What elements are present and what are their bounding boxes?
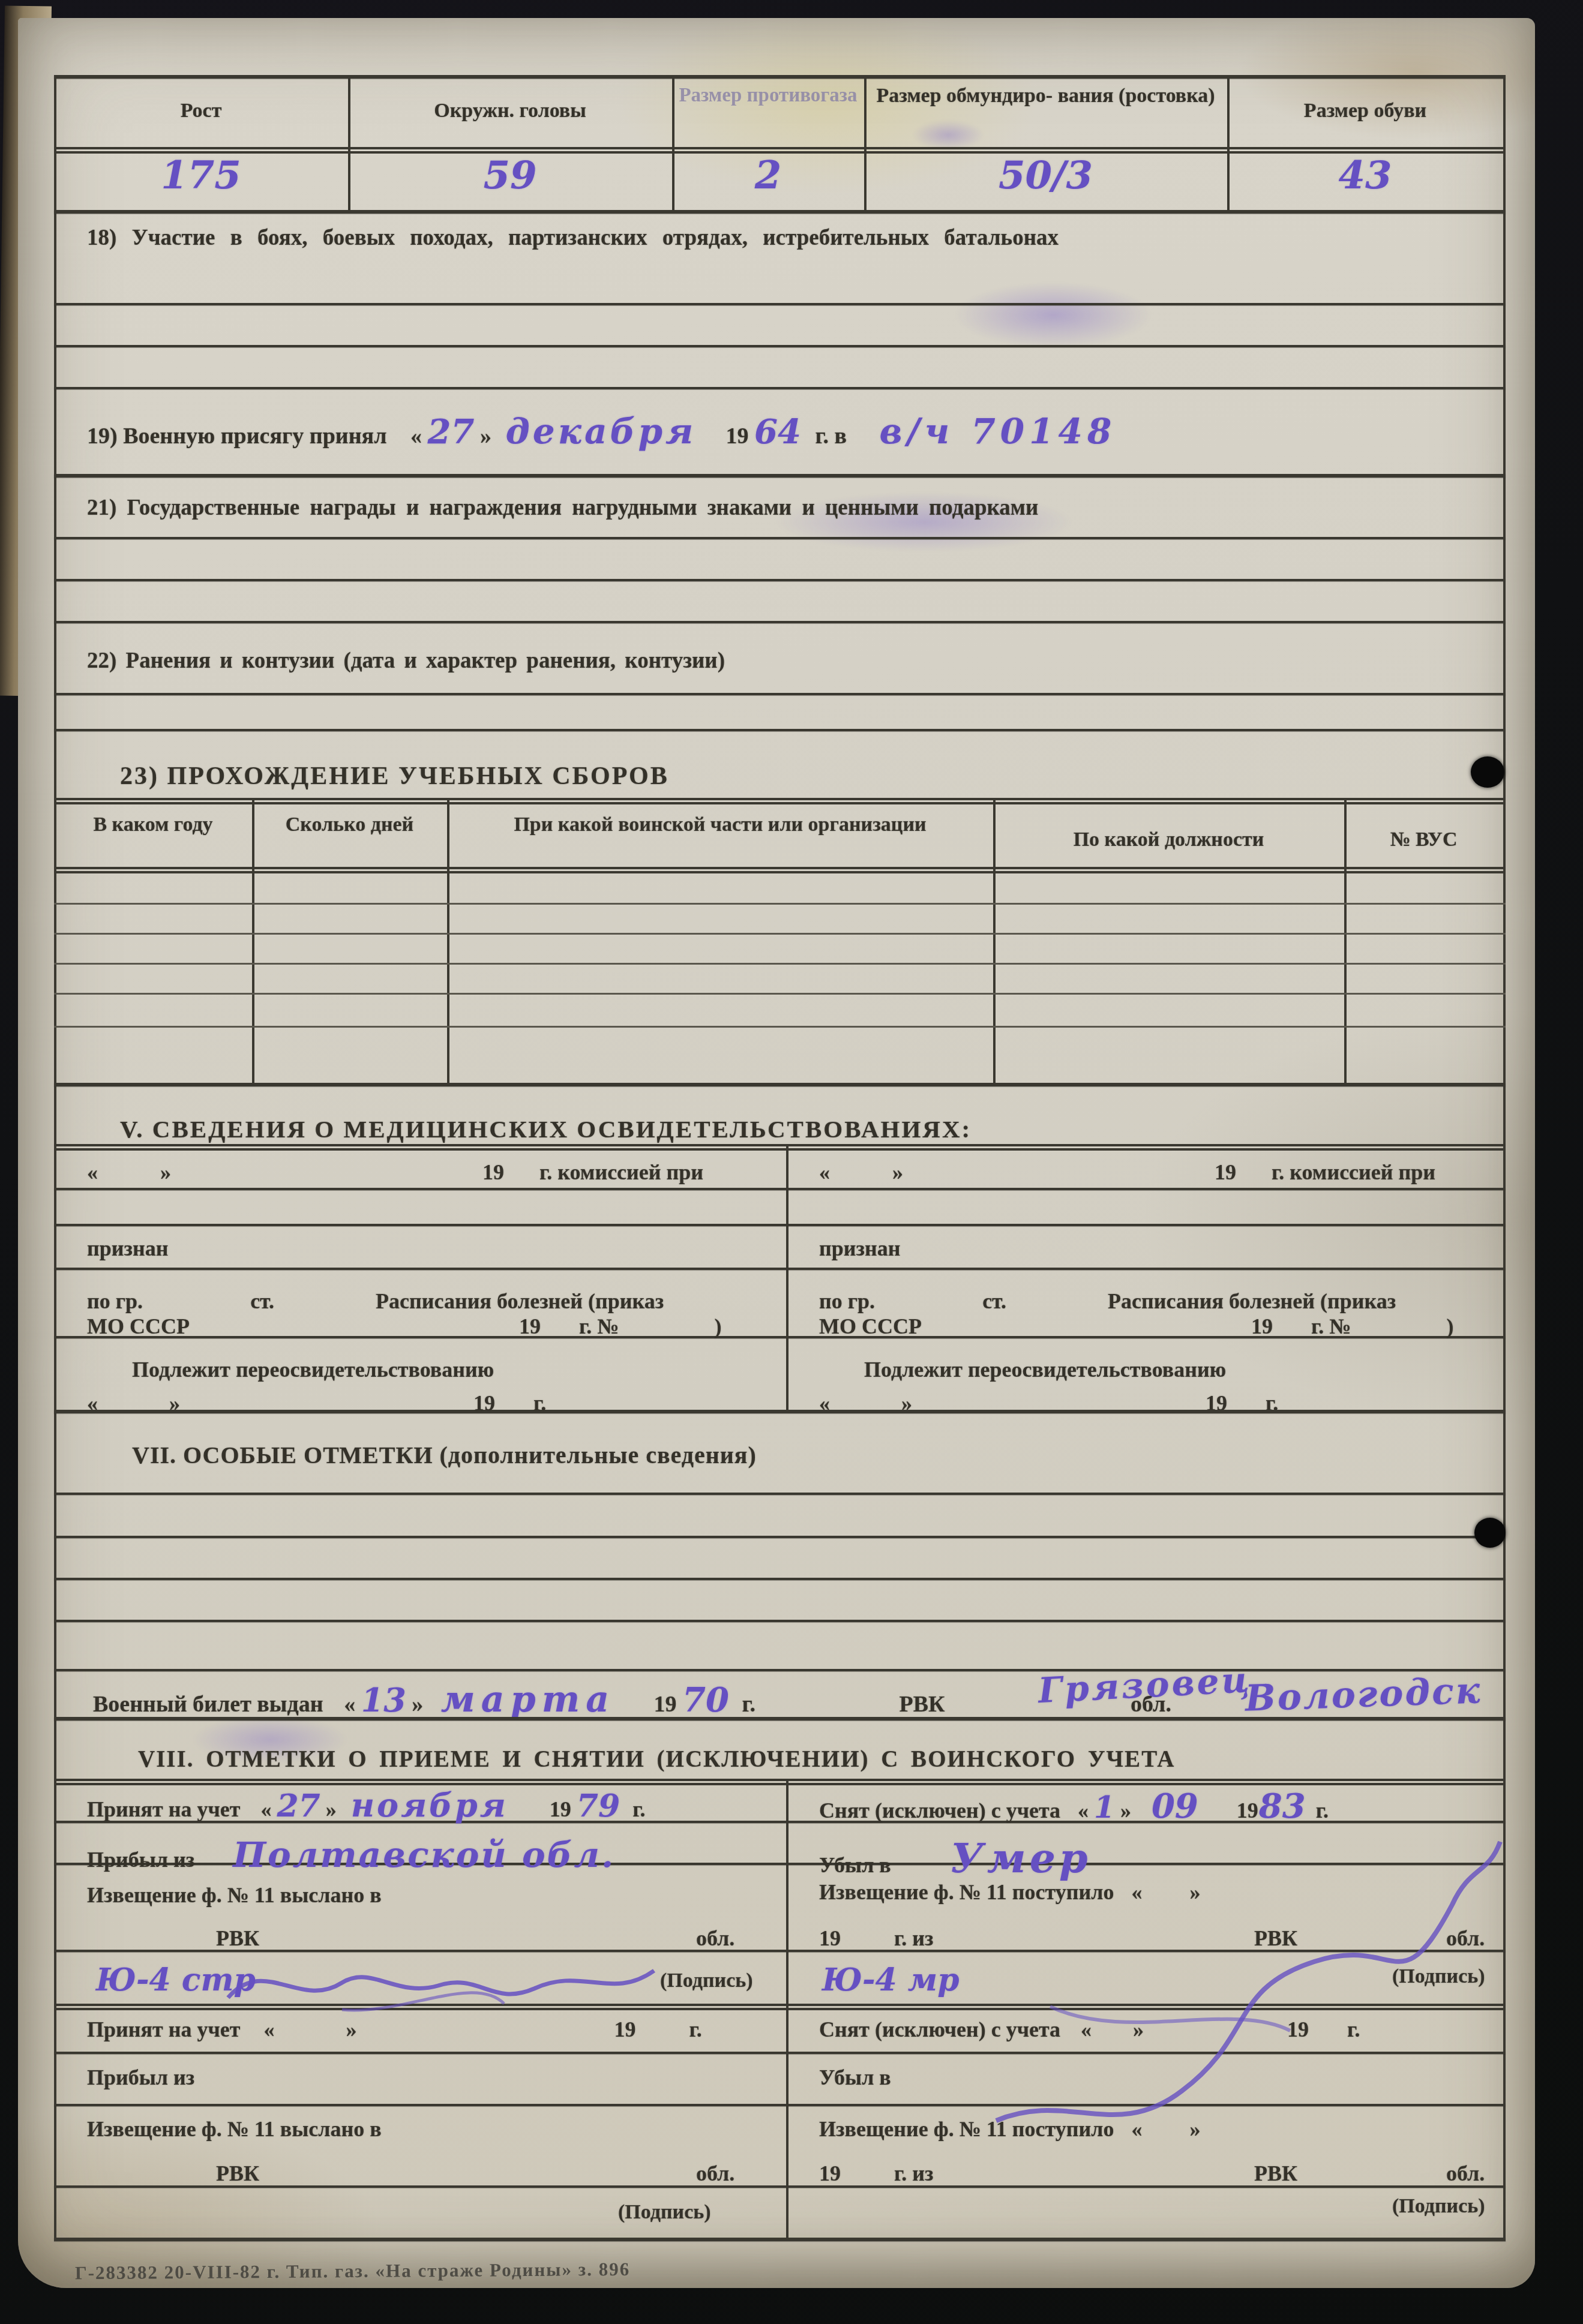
podpis-label: (Подпись) [1392, 2194, 1485, 2218]
reg2-ubyl-label: Убыл в [819, 2065, 891, 2090]
blank-line [54, 693, 1506, 695]
header-gasmask-size: Размер противогаза [675, 84, 861, 107]
podpis-label: (Подпись) [1392, 1965, 1485, 1989]
mo-label: МО СССР [819, 1314, 922, 1338]
section-22-title: 22) Ранения и контузии (дата и характер … [87, 648, 725, 674]
g-print: г. [1347, 2017, 1360, 2041]
quote-open: « [263, 2017, 274, 2041]
med-right-column: « » 19 г. комиссией при признан по гр. с… [789, 1144, 1502, 1410]
quote-close: » [901, 1391, 912, 1410]
izv-recv-label: Извещение ф. № 11 поступило [819, 2117, 1114, 2141]
med-priznan-label: признан [87, 1236, 168, 1261]
issued-region-handwritten: Вологодск [1245, 1670, 1482, 1720]
blank-line [54, 345, 1506, 347]
year-print: 19 [819, 2161, 841, 2186]
reg2-snyat-line: Снят (исключен) с учета « » 19 г. [819, 2017, 1360, 2042]
obl-label: обл. [696, 1926, 734, 1951]
oath-unit-handwritten: в/ч 70148 [880, 411, 1117, 452]
prinyat-label: Принят на учет [87, 2017, 240, 2041]
value-head-circumference: 59 [348, 153, 672, 198]
quote-close: » [1133, 2017, 1144, 2041]
g-print: г. [742, 1692, 755, 1717]
divider [54, 537, 1506, 539]
obl-label: обл. [696, 2161, 734, 2186]
hole-punch [1471, 756, 1504, 788]
quote-close: » [480, 424, 491, 449]
obl-label: обл. [1446, 2161, 1485, 2186]
quote-close: » [412, 1692, 423, 1717]
commission-label: г. комиссией при [539, 1160, 703, 1184]
g-iz-label: г. из [894, 2161, 934, 2186]
blank-line [54, 387, 1506, 389]
table-row-line [54, 993, 1506, 995]
value-shoe-size: 43 [1227, 153, 1503, 198]
med-reexam-date: « » 19 г. [819, 1391, 1278, 1410]
divider [54, 210, 1506, 214]
table-row-line [54, 963, 1506, 965]
section-viii-title: VIII. ОТМЕТКИ О ПРИЕМЕ И СНЯТИИ (ИСКЛЮЧЕ… [138, 1746, 1175, 1773]
section-21-title: 21) Государственные награды и награждени… [87, 495, 1038, 521]
table-row-line [54, 933, 1506, 935]
divider [54, 75, 1506, 79]
divider [54, 1779, 1506, 1785]
medical-column-divider [786, 1144, 788, 1410]
year-print: 19 [473, 1391, 495, 1415]
reg1-izv-sent-label: Извещение ф. № 11 выслано в [87, 1882, 382, 1908]
med-priznan-label: признан [819, 1236, 900, 1261]
med-date-line: « » 19 г. комиссией при [87, 1160, 703, 1185]
section-19-line: 19) Военную присягу принял « 27 » декабр… [87, 411, 1116, 452]
med-article-line: по гр. ст. Расписания болезней (приказ [87, 1289, 664, 1314]
quote-open: « [260, 1797, 271, 1821]
st-label: ст. [250, 1289, 274, 1313]
page-frame-left [54, 75, 56, 2241]
g-print: г. [689, 2017, 701, 2041]
oath-month-handwritten: декабря [505, 411, 696, 452]
ink-smudge [954, 282, 1152, 348]
table-row-line [54, 903, 1506, 905]
col-days: Сколько дней [252, 813, 447, 837]
issued-year-handwritten: 70 [682, 1680, 729, 1720]
commission-label: г. комиссией при [1272, 1160, 1435, 1184]
issued-month-handwritten: марта [441, 1679, 615, 1721]
year-print: 19 [1287, 2017, 1309, 2041]
year-print: 19 [654, 1692, 677, 1717]
section-19-label: 19) Военную присягу принял [87, 424, 387, 449]
reg1-prinyat-line: Принят на учет « 27 » ноября 19 79 г. [87, 1786, 646, 1825]
med-mo-line: МО СССР 19 г. № ) [819, 1314, 1453, 1339]
reg2-prinyat-line: Принят на учет « » 19 г. [87, 2017, 702, 2042]
quote-close: » [326, 1797, 337, 1821]
issued-day-handwritten: 13 [361, 1681, 406, 1719]
st-label: ст. [982, 1289, 1006, 1313]
pribyl-label: Прибыл из [87, 1848, 194, 1872]
header-shoe-size: Размер обуви [1227, 99, 1503, 123]
podpis-label: (Подпись) [618, 2200, 711, 2224]
quote-close: » [892, 1160, 903, 1184]
snyat-label: Снят (исключен) с учета [819, 2017, 1060, 2041]
paren-close: ) [714, 1314, 721, 1338]
blank-line [54, 303, 1506, 305]
oath-day-handwritten: 27 [428, 412, 475, 452]
divider [54, 867, 1506, 873]
blank-line [54, 729, 1506, 731]
quote-open: « [819, 1391, 830, 1410]
med-reexam-date: « » 19 г. [87, 1391, 546, 1416]
quote-close: » [346, 2017, 356, 2041]
quote-close: » [169, 1391, 180, 1415]
column-divider [447, 798, 449, 1085]
reg2-izv-sent-label: Извещение ф. № 11 выслано в [87, 2116, 382, 2142]
year-print: 19 [550, 1797, 571, 1821]
divider [54, 474, 1506, 478]
year-print: 19 [1251, 1314, 1273, 1338]
blank-line [54, 1578, 1506, 1580]
reg1-pribyl-from-handwritten: Полтавской обл. [233, 1834, 615, 1875]
issued-label: Военный билет выдан [93, 1692, 323, 1717]
col-position: По какой должности [993, 828, 1344, 852]
quote-open: « [410, 424, 422, 449]
blank-line [54, 579, 1506, 581]
section-23-title: 23) ПРОХОЖДЕНИЕ УЧЕБНЫХ СБОРОВ [120, 762, 669, 792]
med-reexam-label: Подлежит переосвидетельствованию [132, 1357, 494, 1382]
quote-open: « [819, 1160, 830, 1184]
reg1-prinyat-day-handwritten: 27 [277, 1788, 320, 1824]
divider [54, 798, 1506, 804]
blank-line [54, 1620, 1506, 1622]
quote-close: » [1189, 2117, 1200, 2141]
header-height: Рост [54, 99, 348, 123]
section-vii-title: VII. ОСОБЫЕ ОТМЕТКИ (дополнительные свед… [132, 1441, 757, 1469]
podpis-label: (Подпись) [660, 1969, 753, 1993]
reg1-prinyat-year-handwritten: 79 [577, 1788, 620, 1824]
reg2-pribyl-label: Прибыл из [87, 2065, 194, 2090]
g-v-print: г. в [816, 424, 847, 449]
mo-label: МО СССР [87, 1314, 190, 1338]
g-iz-label: г. из [894, 1926, 934, 1951]
blank-line [54, 1536, 1506, 1538]
col-unit: При какой воинской части или организации [447, 813, 993, 837]
signature-scrawl [222, 1938, 678, 2022]
column-divider [252, 798, 254, 1085]
divider [54, 1717, 1506, 1721]
g-print: г. [632, 1797, 645, 1821]
section-v-title: V. СВЕДЕНИЯ О МЕДИЦИНСКИХ ОСВИДЕТЕЛЬСТВО… [120, 1115, 972, 1143]
reg1-prinyat-month-handwritten: ноября [351, 1786, 508, 1824]
year-print: 19 [519, 1314, 541, 1338]
quote-open: « [87, 1160, 98, 1184]
quote-open: « [344, 1692, 355, 1717]
header-head-circumference: Окружн. головы [348, 99, 672, 123]
med-article-line: по гр. ст. Расписания болезней (приказ [819, 1289, 1396, 1314]
reg2-izv-recv-line: Извещение ф. № 11 поступило « » [819, 2116, 1200, 2142]
col-year: В каком году [54, 813, 252, 837]
blank-line [54, 621, 1506, 623]
g-no-label: г. № [579, 1314, 619, 1338]
printers-imprint: Г-283382 20-VIII-82 г. Тип. газ. «На стр… [75, 2259, 630, 2284]
hole-punch [1474, 1518, 1506, 1548]
divider [54, 2238, 1506, 2241]
med-mo-line: МО СССР 19 г. № ) [87, 1314, 721, 1339]
value-uniform-size: 50/3 [864, 153, 1227, 198]
po-gr-label: по гр. [87, 1289, 143, 1313]
rvk-label: РВК [216, 2161, 259, 2186]
year-print: 19 [482, 1160, 504, 1184]
paren-close: ) [1446, 1314, 1453, 1338]
divider [54, 1083, 1506, 1086]
oath-year-handwritten: 64 [754, 412, 801, 452]
med-reexam-label: Подлежит переосвидетельствованию [864, 1357, 1226, 1382]
rvk-label: РВК [1254, 2161, 1297, 2186]
value-height: 175 [54, 153, 348, 198]
section-18-title: 18) Участие в боях, боевых походах, парт… [87, 225, 1059, 251]
year-print: 19 [819, 1926, 841, 1951]
g-label: г. [1266, 1391, 1278, 1410]
quote-close: » [160, 1160, 171, 1184]
military-id-document-page: Рост Окружн. головы Размер противогаза Р… [18, 18, 1535, 2288]
year-print: 19 [614, 2017, 635, 2041]
quote-open: « [1081, 2017, 1092, 2041]
raspisanie-label: Расписания болезней (приказ [376, 1289, 664, 1313]
col-vus: № ВУС [1344, 828, 1503, 852]
quote-open: « [87, 1391, 98, 1415]
ubyl-label: Убыл в [819, 1853, 891, 1877]
issued-place-handwritten: Грязовец [1037, 1659, 1252, 1712]
divider [54, 1669, 1506, 1671]
value-gasmask-size: 2 [672, 153, 864, 198]
rvk-print: РВК [899, 1692, 945, 1717]
divider [54, 1493, 1506, 1495]
g-no-label: г. № [1311, 1314, 1351, 1338]
reg1-signature-note-right: Ю-4 мр [822, 1962, 960, 1998]
year-print: 19 [1215, 1160, 1236, 1184]
issued-line: Военный билет выдан « 13 » марта 19 70 г… [93, 1679, 1171, 1721]
quote-open: « [1131, 2117, 1142, 2141]
table-row-line [54, 1026, 1506, 1028]
header-uniform-size: Размер обмундиро- вания (ростовка) [876, 84, 1215, 108]
year-print: 19 [726, 424, 749, 449]
po-gr-label: по гр. [819, 1289, 875, 1313]
prinyat-label: Принят на учет [87, 1797, 240, 1821]
reg1-pribyl-line: Прибыл из Полтавской обл. [87, 1834, 615, 1875]
raspisanie-label: Расписания болезней (приказ [1108, 1289, 1396, 1313]
g-label: г. [533, 1391, 546, 1415]
ink-smudge [912, 120, 984, 150]
med-date-line: « » 19 г. комиссией при [819, 1160, 1435, 1185]
year-print: 19 [1206, 1391, 1227, 1410]
